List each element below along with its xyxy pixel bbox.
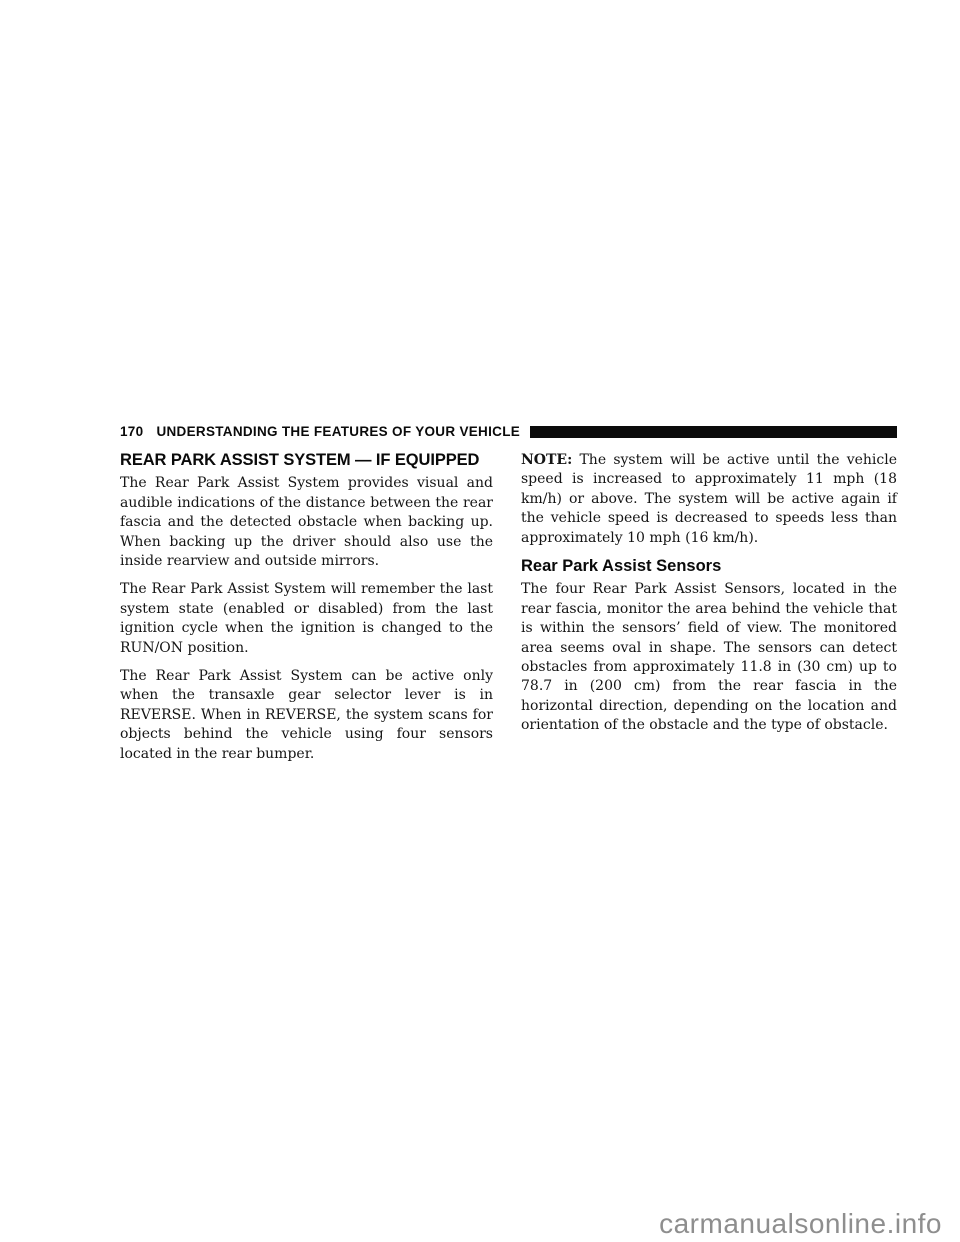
note-text: The system will be active until the vehi…	[521, 452, 897, 546]
body-paragraph: The Rear Park Assist System provides vis…	[120, 474, 493, 571]
right-column: NOTE: The system will be active until th…	[521, 451, 897, 745]
running-header-title: UNDERSTANDING THE FEATURES OF YOUR VEHIC…	[156, 424, 520, 439]
body-paragraph: The Rear Park Assist System will remembe…	[120, 580, 493, 658]
header-rule-bar	[530, 426, 897, 438]
body-paragraph: The four Rear Park Assist Sensors, locat…	[521, 580, 897, 735]
two-column-layout: REAR PARK ASSIST SYSTEM — IF EQUIPPED Th…	[120, 451, 897, 773]
page-content: 170 UNDERSTANDING THE FEATURES OF YOUR V…	[120, 424, 897, 773]
body-paragraph: The Rear Park Assist System can be activ…	[120, 667, 493, 764]
note-label: NOTE:	[521, 452, 572, 468]
running-header: 170 UNDERSTANDING THE FEATURES OF YOUR V…	[120, 424, 897, 438]
note-paragraph: NOTE: The system will be active until th…	[521, 451, 897, 548]
page-number: 170	[120, 424, 143, 439]
section-heading: REAR PARK ASSIST SYSTEM — IF EQUIPPED	[120, 451, 493, 470]
watermark: carmanualsonline.info	[659, 1210, 942, 1238]
left-column: REAR PARK ASSIST SYSTEM — IF EQUIPPED Th…	[120, 451, 493, 773]
subsection-heading: Rear Park Assist Sensors	[521, 557, 897, 576]
